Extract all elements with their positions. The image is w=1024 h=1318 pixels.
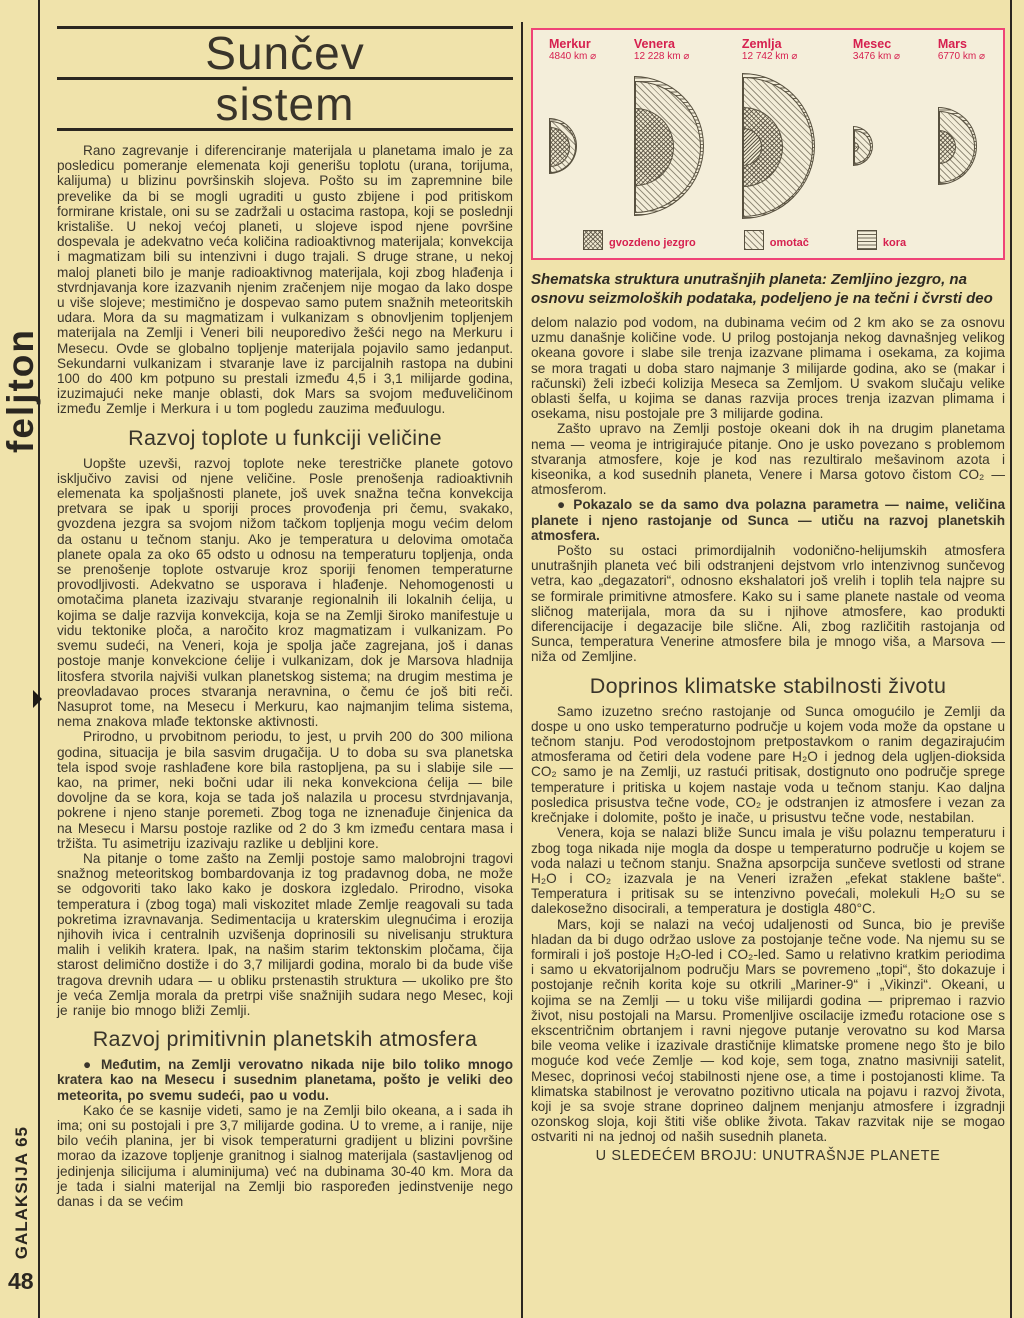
left-column: Sunčev sistem Rano zagrevanje i diferenc… [57,26,513,1209]
planet-cross-section [853,68,900,224]
paragraph: Na pitanje o tome zašto na Zemlji postoj… [57,851,513,1018]
planet-label: Mars6770 km ⌀ [938,38,985,68]
planet-name: Mesec [853,38,900,51]
planet-label: Merkur4840 km ⌀ [549,38,596,68]
sidebar-divider [38,0,40,1318]
planet-label: Zemlja12 742 km ⌀ [742,38,815,68]
planet-name: Merkur [549,38,596,51]
paragraph: Samo izuzetno srećno rastojanje od Sunca… [531,704,1005,826]
paragraph: Rano zagrevanje i diferenciranje materij… [57,143,513,417]
planet-cross-section [742,68,815,224]
planet-zemlja: Zemlja12 742 km ⌀ [742,38,815,224]
mantle-swatch [744,230,764,250]
paragraph: Pošto su ostaci primordijalnih vodonično… [531,543,1005,665]
planet-structure-diagram: Merkur4840 km ⌀Venera12 228 km ⌀Zemlja12… [531,28,1005,260]
planet-diameter: 6770 km ⌀ [938,51,985,63]
core-swatch [583,230,603,250]
paragraph: Mars, koji se nalazi na većoj udaljenost… [531,917,1005,1145]
lead-paragraph: ● Pokazalo se da samo dva polazna parame… [531,497,1005,543]
right-edge-rule [1010,0,1012,1318]
planet-mesec: Mesec3476 km ⌀ [853,38,900,224]
right-column-text: delom nalazio pod vodom, na dubinama već… [531,315,1005,1145]
lead-paragraph: ● Međutim, na Zemlji verovatno nikada ni… [57,1057,513,1103]
page-title-line1: Sunčev [57,29,513,77]
planet-diameter: 4840 km ⌀ [549,51,596,63]
paragraph: delom nalazio pod vodom, na dubinama već… [531,315,1005,421]
diagram-caption: Shematska struktura unutrašnjih planeta:… [531,270,1005,308]
paragraph: Venera, koja se nalazi bliže Suncu imala… [531,825,1005,916]
legend-label: omotač [770,237,809,250]
section-heading: Doprinos klimatske stabilnosti životu [531,674,1005,699]
crust-swatch [857,230,877,250]
legend-label: gvozdeno jezgro [609,237,696,250]
planet-merkur: Merkur4840 km ⌀ [549,38,596,224]
legend-item-mantle: omotač [744,230,809,250]
legend-item-crust: kora [857,230,906,250]
planet-cross-section [634,68,704,224]
section-heading: Razvoj primitivnin planetskih atmosfera [57,1027,513,1052]
planet-diameter: 3476 km ⌀ [853,51,900,63]
section-heading: Razvoj toplote u funkciji veličine [57,426,513,451]
column-divider [521,22,523,1318]
planet-cross-section [938,68,985,224]
magazine-page: feljton GALAKSIJA 65 48 Sunčev sistem Ra… [0,0,1024,1318]
planet-mars: Mars6770 km ⌀ [938,38,985,224]
planet-venera: Venera12 228 km ⌀ [634,38,704,224]
planet-label: Venera12 228 km ⌀ [634,38,704,68]
page-title-line2: sistem [57,80,513,128]
diagram-legend: gvozdeno jezgroomotačkora [549,224,991,252]
planet-diameter: 12 742 km ⌀ [742,51,815,63]
planet-label: Mesec3476 km ⌀ [853,38,900,68]
planet-name: Venera [634,38,704,51]
legend-label: kora [883,237,906,250]
paragraph: Kako će se kasnije videti, samo je na Ze… [57,1103,513,1209]
paragraph: Prirodno, u prvobitnom periodu, to jest,… [57,729,513,851]
paragraph: Uopšte uzevši, razvoj toplote neke teres… [57,456,513,730]
next-issue-announcement: U SLEDEĆEM BROJU: UNUTRAŠNJE PLANETE [531,1148,1005,1164]
magazine-label: GALAKSIJA 65 [12,1126,32,1259]
planet-name: Mars [938,38,985,51]
planets-row: Merkur4840 km ⌀Venera12 228 km ⌀Zemlja12… [549,38,991,224]
page-number: 48 [8,1268,34,1295]
legend-item-core: gvozdeno jezgro [583,230,696,250]
planet-diameter: 12 228 km ⌀ [634,51,704,63]
title-block: Sunčev sistem [57,26,513,131]
right-column: Merkur4840 km ⌀Venera12 228 km ⌀Zemlja12… [531,26,1005,1164]
planet-name: Zemlja [742,38,815,51]
paragraph: Zašto upravo na Zemlji postoje okeani do… [531,421,1005,497]
planet-cross-section [549,68,596,224]
left-column-text: Rano zagrevanje i diferenciranje materij… [57,143,513,1209]
section-label: feljton [0,328,42,453]
